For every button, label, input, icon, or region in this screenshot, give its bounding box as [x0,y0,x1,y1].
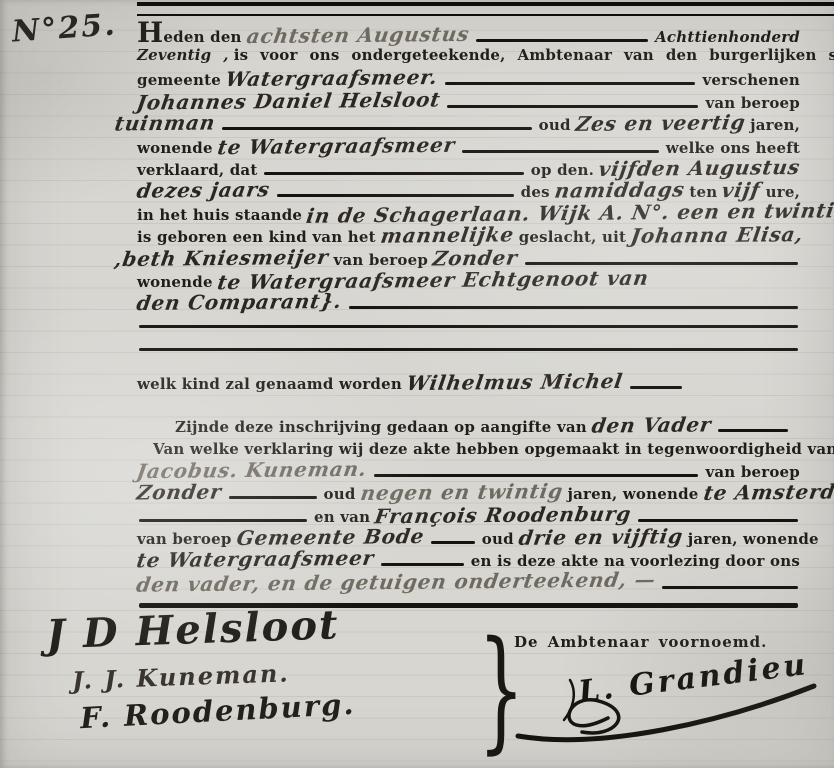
printed-text: oud [324,485,356,503]
printed-text: geslacht, uit [519,228,626,246]
document-line: welk kind zal genaamd wordenWilhelmus Mi… [137,372,800,394]
document-line: Zijnde deze inschrijving gedaan op aangi… [137,415,800,437]
fill-in-rule [374,474,699,477]
document-line: wonendete Watergraafsmeerwelke ons heeft [137,136,800,158]
handwritten-text: Zes en veertig [574,112,747,134]
printed-text: op den. [531,161,594,179]
handwritten-text: Zonder [432,247,520,268]
document-line [137,338,800,361]
document-line: Heden denachtsten AugustusAchttienhonder… [137,16,800,46]
printed-text: des [521,183,550,201]
printed-text: is voor ons ondergeteekende, Ambtenaar v… [234,46,834,64]
fill-in-rule [349,306,798,309]
fill-in-rule [462,150,659,153]
handwritten-text: vijfden Augustus [597,157,801,179]
handwritten-text: drie en vijftig [517,526,684,548]
handwritten-text: Johannes Daniel Helsloot [135,89,442,112]
fill-in-rule [476,39,648,42]
printed-text: van beroep [705,463,800,481]
document-page: N°25. Heden denachtsten AugustusAchttien… [0,0,834,768]
fill-in-rule [139,325,798,328]
fill-in-rule [525,262,798,265]
printed-text: Van welke verklaring wij deze akte hebbe… [153,440,834,458]
fill-in-rule [264,172,523,175]
fill-in-rule [718,429,788,432]
handwritten-text: te Amsterdam [702,481,834,503]
document-line: van beroepGemeente Bodeouddrie en vijfti… [137,527,800,549]
fill-in-rule [381,563,464,566]
printed-text: Heden den [137,16,242,49]
printed-text: Achttienhonderd [655,28,800,46]
fill-in-rule [630,386,682,389]
handwritten-text: te Watergraafsmeer [216,134,456,156]
document-line: is geboren een kind van hetmannelijkeges… [137,225,800,247]
handwritten-text: namiddags [553,180,686,201]
handwritten-text: den Vader [590,414,712,435]
handwritten-text: Gemeente Bode [235,526,426,548]
handwritten-text: den Comparant}. [135,291,343,313]
printed-text: van beroep [705,94,800,112]
document-line: wonendete Watergraafsmeer Echtgenoot van [137,270,800,292]
document-line: Zeventig ,is voor ons ondergeteekende, A… [137,46,800,68]
printed-text: in het huis staande [137,206,302,224]
handwritten-text: mannelijke [379,224,515,245]
fill-in-rule [139,519,307,522]
handwritten-text: ,beth Kniesmeijer [113,246,330,268]
printed-text: jaren, wonende [567,485,698,503]
witness-signature: J D Helsloot [45,601,356,659]
printed-text: is geboren een kind van het [137,228,376,246]
fill-in-rule [277,194,514,197]
handwritten-text: te Watergraafsmeer [135,548,375,570]
document-line: den vader, en de getuigen onderteekend, … [137,572,800,594]
official-signature: L. Grandieu [512,650,822,760]
fill-in-rule [447,105,698,108]
printed-text: wonende [137,139,213,157]
printed-text: wonende [137,273,213,291]
handwritten-text: Wilhelmus Michel [405,371,624,393]
witness-signatures: J D Helsloot J. J. Kuneman. F. Roodenbur… [46,606,355,728]
printed-text: welke ons heeft [666,139,800,157]
document-line: Jacobus. Kuneman.van beroep [137,460,800,482]
printed-text: van beroep [334,251,429,269]
handwritten-text: achtsten Augustus [245,24,470,46]
document-body: Heden denachtsten AugustusAchttienhonder… [137,16,800,617]
fill-in-rule [139,348,798,351]
fill-in-rule [222,127,531,130]
top-border-rule [137,2,834,16]
handwritten-text: te Watergraafsmeer Echtgenoot van [216,268,650,293]
handwritten-text: dezes jaars [135,180,271,201]
printed-text: jaren, [750,116,800,134]
printed-text: verschenen [702,71,800,89]
document-line: in het huis staandein de Schagerlaan. Wi… [137,203,800,225]
handwritten-text: Johanna Elisa, [630,224,805,246]
document-line: tuinmanoudZes en veertigjaren, [115,113,800,135]
printed-text: jaren, wonende [688,530,819,548]
document-line: en vanFrançois Roodenburg [137,505,800,527]
handwritten-text: Zonder [135,482,223,503]
fill-in-rule [638,519,798,522]
act-number: N°25. [11,10,117,47]
official-title: De Ambtenaar voornoemd. [514,633,767,651]
document-line: gemeenteWatergraafsmeer.verschenen [137,68,800,90]
fill-in-rule [431,541,475,544]
handwritten-text: vijf [721,180,762,200]
witness-signature: F. Roodenburg. [79,687,356,735]
printed-text: Zijnde deze inschrijving gedaan op aangi… [175,418,587,436]
printed-text: oud [482,530,514,548]
document-line: Van welke verklaring wij deze akte hebbe… [137,437,800,459]
printed-text: welk kind zal genaamd worden [137,375,402,393]
document-line: Zonderoudnegen en twintigjaren, wonendet… [137,482,800,504]
printed-text: en van [314,508,370,526]
handwritten-text: Watergraafsmeer. [224,67,439,89]
printed-text: Zeventig , [137,46,229,64]
handwritten-text: François Roodenburg [374,503,633,526]
fill-in-rule [662,586,798,589]
document-line: ,beth Kniesmeijervan beroepZonder [115,248,800,270]
handwritten-text: negen en twintig [359,481,564,503]
document-line [137,315,800,338]
fill-in-rule [229,496,317,499]
handwritten-text: den vader, en de getuigen onderteekend, … [135,569,657,594]
handwritten-text: tuinman [113,113,216,134]
document-line: den Comparant}. [137,292,800,314]
printed-text: oud [539,116,571,134]
printed-text: gemeente [137,71,221,89]
fill-in-rule [445,82,696,85]
printed-text: van beroep [137,530,232,548]
printed-text: verklaard, dat [137,161,257,179]
handwritten-text: Jacobus. Kuneman. [135,459,368,481]
